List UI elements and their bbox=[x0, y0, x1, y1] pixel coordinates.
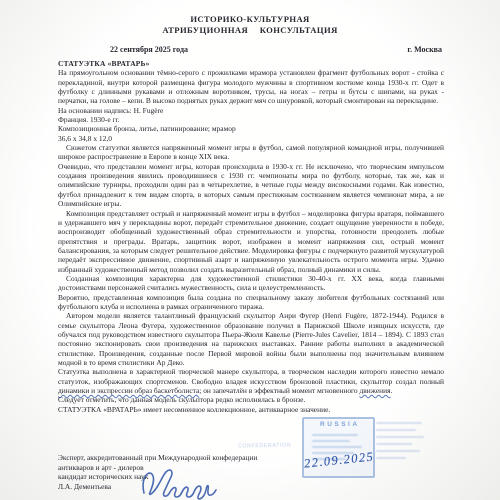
document-paragraph: Сюжетом статуэтки является напряженный м… bbox=[58, 143, 444, 162]
expert-line1: Эксперт, аккредитованный при Международн… bbox=[58, 453, 257, 463]
document-paragraph: Франция. 1930-е гг. bbox=[58, 115, 444, 124]
document-paragraph: Статуэтка выполнена в характерной творче… bbox=[58, 367, 444, 395]
stamp-texture-line bbox=[376, 450, 420, 452]
document-date: 22 сентября 2025 года bbox=[110, 45, 188, 54]
document-paragraph: Автором модели является талантливый фран… bbox=[58, 311, 444, 367]
stamp-handwritten-date: 22.09.2025 bbox=[303, 449, 374, 471]
date-city-row: 22 сентября 2025 года г. Москва bbox=[110, 45, 442, 54]
document-paragraph: Следует отметить, что данная модель скул… bbox=[58, 395, 444, 404]
document-paragraph: 36,6 х 34,8 х 12,0 bbox=[58, 134, 444, 143]
stamp-texture-line bbox=[312, 452, 354, 454]
document-paragraph: Очевидно, что представлен момент игры, к… bbox=[58, 162, 444, 209]
document-body: СТАТУЭТКА «ВРАТАРЬ» На прямоугольном осн… bbox=[58, 59, 444, 449]
document-title-line2: АТРИБУЦИОННАЯ КОНСУЛЬТАЦИЯ bbox=[0, 25, 500, 36]
paragraph-text: . bbox=[391, 386, 393, 395]
pen-underlined-text: движения bbox=[360, 386, 391, 395]
document-paragraph: Композиция представляет острый и напряже… bbox=[58, 209, 444, 274]
expert-block: Эксперт, аккредитованный при Международн… bbox=[58, 453, 257, 491]
body-paragraphs: На прямоугольном основании тёмно-серого … bbox=[58, 68, 444, 414]
stamp-texture-line bbox=[376, 457, 406, 459]
document-paragraph: Вероятно, представленная композиция была… bbox=[58, 293, 444, 312]
paragraph-text: Статуэтка выполнена в характерной творче… bbox=[58, 367, 444, 385]
document-title: ИСТОРИКО-КУЛЬТУРНАЯ АТРИБУЦИОННАЯ КОНСУЛ… bbox=[0, 0, 500, 36]
paragraph-text: На прямоугольном основании тёмно-серого … bbox=[58, 68, 444, 105]
paragraph-text: Следует отметить, что данная модель скул… bbox=[58, 395, 305, 404]
paragraph-text: Вероятно, представленная композиция была… bbox=[58, 293, 444, 311]
document-title-line1: ИСТОРИКО-КУЛЬТУРНАЯ bbox=[0, 14, 500, 25]
document-paragraph: Созданная композиция характерна для худо… bbox=[58, 274, 444, 293]
document-page: ИСТОРИКО-КУЛЬТУРНАЯ АТРИБУЦИОННАЯ КОНСУЛ… bbox=[0, 0, 500, 500]
expert-signature bbox=[138, 466, 222, 500]
object-heading: СТАТУЭТКА «ВРАТАРЬ» bbox=[58, 59, 444, 68]
paragraph-text: Композиция представляет острый и напряже… bbox=[58, 209, 444, 274]
pen-underlined-text: динамики и экспрессии образ баскетболист… bbox=[58, 386, 199, 395]
paragraph-text: СТАТУЭТКА «ВРАТАРЬ» имеет несомненное ко… bbox=[58, 405, 330, 414]
paragraph-text: Автором модели является талантливый фран… bbox=[58, 311, 444, 367]
paragraph-text: На основании надпись: H. Fugère bbox=[58, 106, 163, 115]
paragraph-text: Композиционная бронза, литье, патинирова… bbox=[58, 124, 236, 133]
paragraph-text: 36,6 х 34,8 х 12,0 bbox=[58, 134, 112, 143]
paragraph-text: Очевидно, что представлен момент игры, к… bbox=[58, 162, 444, 208]
document-paragraph: На прямоугольном основании тёмно-серого … bbox=[58, 68, 444, 105]
paragraph-text: ; он запечатлён в эффектный момент мгнов… bbox=[199, 386, 359, 395]
paragraph-text: Сюжетом статуэтки является напряженный м… bbox=[58, 143, 444, 161]
paragraph-text: Созданная композиция характерна для худо… bbox=[58, 274, 444, 292]
document-paragraph: Композиционная бронза, литье, патинирова… bbox=[58, 124, 444, 133]
document-city: г. Москва bbox=[407, 45, 442, 54]
document-paragraph: На основании надпись: H. Fugère bbox=[58, 106, 444, 115]
stamp-texture-line bbox=[312, 458, 346, 460]
document-paragraph: СТАТУЭТКА «ВРАТАРЬ» имеет несомненное ко… bbox=[58, 405, 444, 414]
paragraph-text: Франция. 1930-е гг. bbox=[58, 115, 120, 124]
